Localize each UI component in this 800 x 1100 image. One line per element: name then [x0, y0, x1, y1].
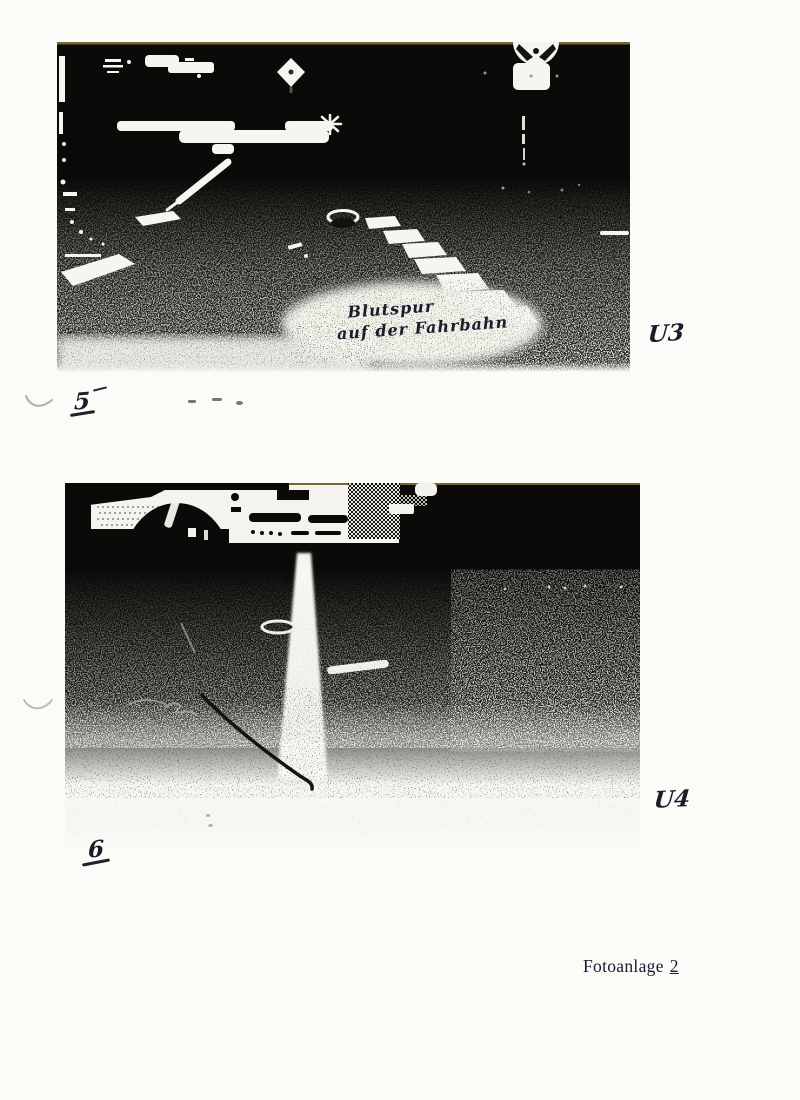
- stray-mark: [206, 814, 210, 817]
- photo2-headlight-blob: [415, 483, 437, 496]
- light-flare-icon: [319, 115, 341, 134]
- photo1-bottom-fade: [57, 362, 630, 372]
- car-grille-slot: [249, 513, 301, 522]
- page-caption: Fotoanlage2: [583, 956, 679, 977]
- stray-mark: [188, 400, 196, 403]
- photo1-distant-dash: [600, 231, 629, 235]
- photo1-index-tick: [93, 386, 107, 391]
- photo2-margin-label: U4: [653, 785, 692, 814]
- faint-check-mark-1: [22, 388, 58, 416]
- car-grille-slot: [308, 515, 348, 523]
- stray-mark: [212, 398, 222, 401]
- photo-2-image: [65, 483, 640, 850]
- photo2-light-bar: [389, 504, 414, 514]
- photo1-lane-line: [65, 254, 101, 257]
- caption-number: 2: [670, 956, 679, 976]
- caption-label: Fotoanlage: [583, 956, 664, 976]
- photo2-badge-dot: [188, 528, 196, 537]
- faint-check-mark-2: [18, 690, 58, 716]
- photo2-bottom-fade: [65, 825, 640, 850]
- stray-mark: [208, 824, 213, 827]
- photo2-dark-speckle: [65, 693, 640, 793]
- stray-mark: [236, 401, 243, 405]
- photo1-margin-label: U3: [647, 319, 685, 348]
- photo-2-car-and-roadway: [65, 483, 640, 850]
- scanned-document-page: Blutspur auf der Fahrbahn U3 5: [0, 0, 800, 1100]
